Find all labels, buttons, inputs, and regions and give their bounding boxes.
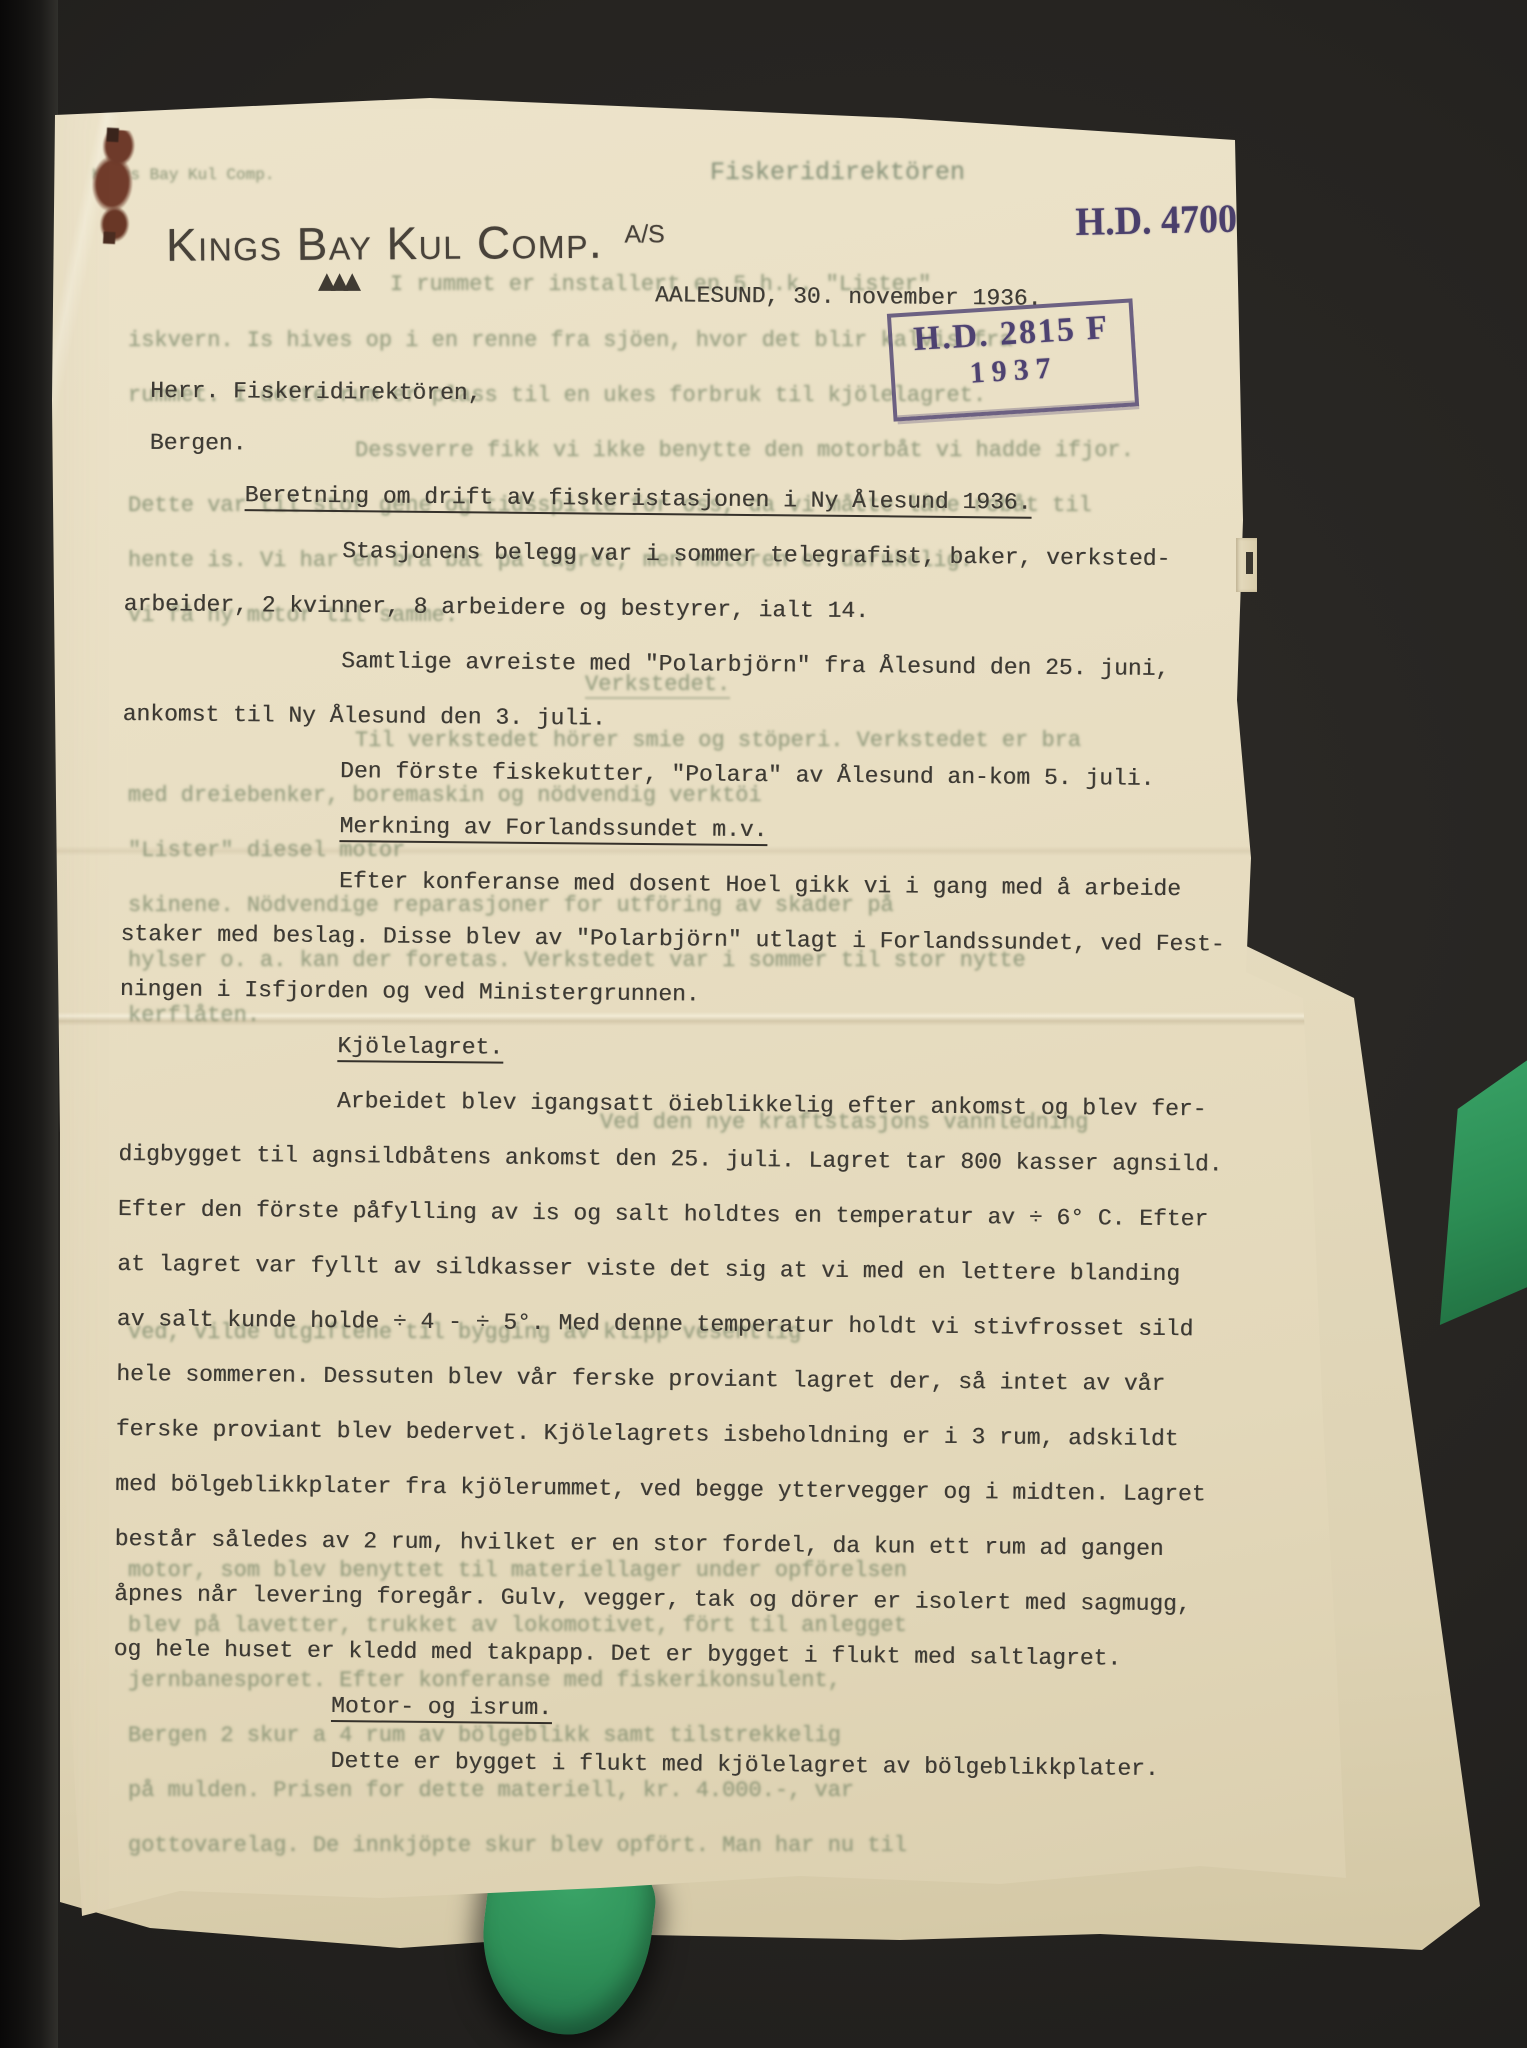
ghost-line: gottovarelag. De innkjöpte skur blev opf… bbox=[128, 1833, 907, 1858]
company-suffix: A/S bbox=[624, 220, 664, 248]
recipient-city: Bergen. bbox=[150, 417, 482, 471]
letter-line: Efter den förste påfylling av is og salt… bbox=[118, 1196, 1209, 1232]
section-heading: Merkning av Forlandssundet m.v. bbox=[339, 813, 767, 846]
mountains-logo-icon: ▲▲▲ bbox=[318, 268, 356, 294]
letter-line: arbeider, 2 kvinner, 8 arbeidere og best… bbox=[124, 591, 870, 624]
scanner-background: Fiskeridirektören Kings Bay Kul Comp. I … bbox=[0, 0, 1527, 2048]
letter-line: Arbeidet blev igangsatt öieblikkelig eft… bbox=[337, 1088, 1207, 1122]
letter-line: og hele huset er kledd med takpapp. Det … bbox=[114, 1636, 1122, 1672]
rust-stain bbox=[89, 129, 139, 243]
letter-line: Stasjonens belegg var i sommer telegrafi… bbox=[342, 538, 1170, 572]
letter-body: Beretning om drift av fiskeristasjonen i… bbox=[112, 467, 1229, 1798]
ghost-line: iskvern. Is hives op i en renne fra sjöe… bbox=[128, 328, 1013, 353]
journal-number-stamp: H.D. 4700 1937 I. bbox=[1075, 192, 1366, 245]
green-ribbon-right bbox=[1428, 1055, 1527, 1325]
recipient-name: Herr. Fiskeridirektören, bbox=[150, 365, 482, 419]
letterhead: Kings Bay Kul Comp. A/S bbox=[166, 214, 665, 271]
letter-line: Samtlige avreiste med "Polarbjörn" fra Å… bbox=[341, 648, 1169, 682]
registry-stamp: H.D. 2815 F 1937 bbox=[887, 298, 1139, 421]
letter-page: Fiskeridirektören Kings Bay Kul Comp. I … bbox=[0, 0, 1527, 2048]
paper-edge-tab bbox=[1236, 538, 1257, 592]
letter-line: av salt kunde holde ÷ 4 - ÷ 5°. Med denn… bbox=[117, 1306, 1194, 1342]
ghost-line: Fiskeridirektören bbox=[710, 158, 965, 187]
letter-line: at lagret var fyllt av sildkasser viste … bbox=[117, 1251, 1180, 1287]
letter-line: åpnes når levering foregår. Gulv, vegger… bbox=[114, 1581, 1191, 1617]
section-heading: Kjölelagret. bbox=[337, 1033, 503, 1064]
letter-line: med bölgeblikkplater fra kjölerummet, ve… bbox=[115, 1471, 1206, 1507]
letter-line: ankomst til Ny Ålesund den 3. juli. bbox=[123, 701, 606, 732]
letter-line: staker med beslag. Disse blev av "Polarb… bbox=[120, 921, 1224, 958]
letter-line: Efter konferanse med dosent Hoel gikk vi… bbox=[339, 868, 1181, 902]
letter-line: digbygget til agnsildbåtens ankomst den … bbox=[118, 1141, 1222, 1178]
report-title: Beretning om drift av fiskeristasjonen i… bbox=[245, 482, 1032, 519]
section-heading: Motor- og isrum. bbox=[331, 1693, 552, 1724]
book-spine-shadow bbox=[0, 0, 58, 2048]
letter-line: ferske proviant blev bedervet. Kjölelagr… bbox=[116, 1416, 1179, 1452]
recipient-address: Herr. Fiskeridirektören, Bergen. bbox=[150, 365, 482, 471]
letter-line: Dette er bygget i flukt med kjölelagret … bbox=[330, 1748, 1158, 1782]
letter-line: ningen i Isfjorden og ved Ministergrunne… bbox=[120, 976, 700, 1008]
company-name: Kings Bay Kul Comp. bbox=[166, 216, 604, 271]
letter-line: Den förste fiskekutter, "Polara" av Åles… bbox=[340, 758, 1155, 792]
letter-line: hele sommeren. Dessuten blev vår ferske … bbox=[116, 1361, 1165, 1397]
letter-line: består således av 2 rum, hvilket er en s… bbox=[115, 1526, 1164, 1562]
